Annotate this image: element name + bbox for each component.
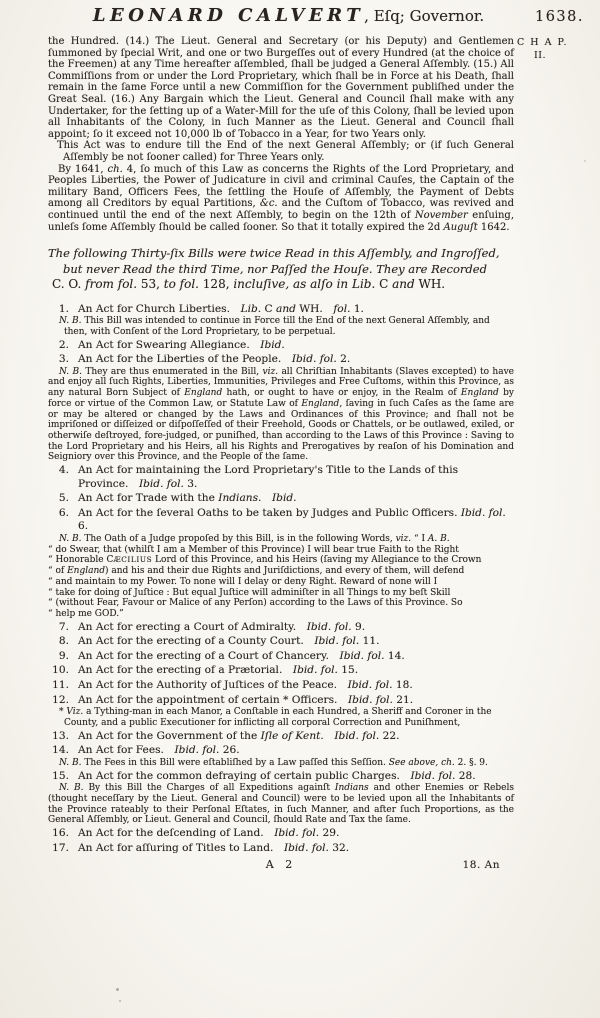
- text-line: “ and maintain to my Power. To none will…: [48, 577, 514, 588]
- text-run: By 1641,: [58, 164, 108, 175]
- item-text: An Act for the erecting of a County Cour…: [78, 635, 379, 647]
- text-run: The Fees in this Bill were eſtabliſhed b…: [82, 758, 389, 768]
- text-run: N. B.: [59, 534, 82, 544]
- text-run: Ibid. fol.: [307, 621, 352, 633]
- text-run: “ do Swear, that (whilſt I am a Member o…: [48, 545, 459, 555]
- text-run: 11.: [359, 635, 379, 647]
- text-run: They are thus enumerated in the Bill,: [82, 367, 263, 377]
- text-run: 1.: [350, 303, 363, 315]
- text-run: An Act for Swearing Allegiance.: [78, 339, 260, 351]
- text-run: 14.: [384, 650, 404, 662]
- text-run: Ibid.: [272, 492, 297, 504]
- bill-footnote-12: * Viz. a Tything-man in each Manor, a Co…: [48, 707, 514, 728]
- text-run: 1642.: [478, 222, 510, 233]
- text-run: viz.: [263, 367, 279, 377]
- item-number: 9.: [48, 650, 69, 664]
- text-run: N. B.: [59, 783, 84, 793]
- text-run: An Act for erecting a Court of Admiralty…: [78, 621, 307, 633]
- text-run: and: [392, 277, 415, 291]
- text-run: An Act for the common defraying of certa…: [78, 770, 410, 782]
- item-number: 4.: [48, 464, 69, 478]
- text-run: “ help me GOD.”: [48, 609, 124, 619]
- text-run: Ibid. fol.: [461, 507, 506, 519]
- text-run: An Act for the erecting of a Court of Ch…: [78, 650, 340, 662]
- text-run: 128,: [199, 277, 233, 291]
- item-text: An Act for Swearing Allegiance. Ibid.: [78, 339, 285, 351]
- text-run: An Act for the Authority of Juſtices of …: [78, 679, 348, 691]
- text-run: An Act for Fees.: [78, 744, 175, 756]
- bill-item-17: 17.An Act for aſſuring of Titles to Land…: [48, 842, 514, 856]
- text-run: “ of: [48, 566, 67, 576]
- text-run: An Act for Church Liberties.: [78, 303, 241, 315]
- bill-item-4: 4.An Act for maintaining the Lord Propri…: [48, 464, 514, 491]
- paper-speck: [119, 1000, 121, 1002]
- item-text: An Act for Church Liberties. Lib. C and …: [78, 303, 364, 315]
- item-number: 13.: [48, 730, 69, 744]
- text-run: Indians.: [218, 492, 261, 504]
- text-run: C: [375, 277, 392, 291]
- text-run: Ibid.: [260, 339, 285, 351]
- paper-speck: [584, 160, 586, 162]
- item-text: An Act for the appointment of certain * …: [78, 694, 413, 706]
- text-run: An Act for Trade with the: [78, 492, 218, 504]
- text-line: “ take for doing of Juſtice : But equal …: [48, 588, 514, 599]
- text-run: 2.: [337, 353, 350, 365]
- text-run: An Act for the Liberties of the People.: [78, 353, 292, 365]
- text-line: “ of England) and his and their due Righ…: [48, 566, 514, 577]
- item-text: An Act for maintaining the Lord Propriet…: [78, 464, 458, 490]
- item-text: An Act for the Authority of Juſtices of …: [78, 679, 413, 691]
- item-number: 7.: [48, 621, 69, 635]
- text-run: Ibid. fol.: [284, 842, 329, 854]
- text-run: Lib.: [241, 303, 262, 315]
- chapter-margin-note: C H A P. II.: [517, 37, 589, 62]
- item-number: 16.: [48, 827, 69, 841]
- bill-note-3: N. B. They are thus enumerated in the Bi…: [48, 367, 514, 463]
- text-run: C. O.: [52, 277, 85, 291]
- item-text: An Act for the erecting of a Court of Ch…: [78, 650, 405, 662]
- text-line: but never Read the third Time, nor Paſſe…: [48, 262, 514, 278]
- text-run: This Act was to endure till the End of t…: [57, 140, 514, 163]
- bill-note-6-oath: N. B. The Oath of a Judge propoſed by th…: [48, 534, 514, 620]
- item-text: An Act for the Liberties of the People. …: [78, 353, 350, 365]
- text-run: An Act for the erecting of a Prætorial.: [78, 664, 293, 676]
- bill-item-14: 14.An Act for Fees. Ibid. fol. 26.: [48, 744, 514, 758]
- signature-mark: A 2: [266, 858, 296, 871]
- text-run: [324, 730, 335, 742]
- text-run: November: [415, 210, 468, 221]
- text-run: 32.: [329, 842, 349, 854]
- text-run: WH.: [415, 277, 445, 291]
- text-run: An Act for the erecting of a County Cour…: [78, 635, 314, 647]
- bill-item-5: 5.An Act for Trade with the Indians. Ibi…: [48, 492, 514, 506]
- text-run: incluſive, as alſo in: [233, 277, 352, 291]
- bill-item-7: 7.An Act for erecting a Court of Admiral…: [48, 621, 514, 635]
- text-run: Ibid. fol.: [334, 730, 379, 742]
- item-text: An Act for the ſeveral Oaths to be taken…: [78, 507, 506, 533]
- item-text: An Act for the erecting of a Prætorial. …: [78, 664, 358, 676]
- document-page: LEONARD CALVERT, Eſq; Governor. 1638. C …: [0, 0, 600, 1018]
- text-line: N. B. The Oath of a Judge propoſed by th…: [48, 534, 514, 545]
- continued-paragraph: the Hundred. (14.) The Lieut. General an…: [48, 36, 514, 140]
- bill-item-1: 1.An Act for Church Liberties. Lib. C an…: [48, 303, 514, 317]
- text-run: England: [184, 388, 222, 398]
- text-run: to fol.: [164, 277, 199, 291]
- item-number: 15.: [48, 770, 69, 784]
- item-number: 1.: [48, 303, 69, 317]
- text-run: Ibid. fol.: [175, 744, 220, 756]
- text-run: The following Thirty-ſix Bills were twic…: [48, 246, 500, 260]
- text-run: Ibid. fol.: [139, 478, 184, 490]
- text-run: An Act for the deſcending of Land.: [78, 827, 274, 839]
- text-run: Auguſt: [443, 222, 477, 233]
- text-run: Lord of this Province, and his Heirs (ſa…: [152, 555, 481, 565]
- governor-name: LEONARD CALVERT: [93, 5, 364, 26]
- text-run: the Hundred. (14.) The Lieut. General an…: [48, 36, 514, 140]
- text-run: from fol.: [85, 277, 137, 291]
- text-run: N. B.: [59, 758, 82, 768]
- item-number: 11.: [48, 679, 69, 693]
- page-content: the Hundred. (14.) The Lieut. General an…: [48, 36, 514, 855]
- page-year: 1638.: [533, 9, 584, 25]
- item-text: An Act for aſſuring of Titles to Land. I…: [78, 842, 349, 854]
- text-run: Ibid. fol.: [314, 635, 359, 647]
- text-run: An Act for the Government of the: [78, 730, 261, 742]
- catchword: 18. An: [463, 859, 500, 871]
- text-run: 21.: [393, 694, 413, 706]
- item-number: 5.: [48, 492, 69, 506]
- text-run: Ibid. fol.: [293, 664, 338, 676]
- bill-item-9: 9.An Act for the erecting of a Court of …: [48, 650, 514, 664]
- text-run: a Tything-man in each Manor, a Conſtable…: [64, 707, 492, 728]
- text-line: “ (without Fear, Favour or Malice of any…: [48, 598, 514, 609]
- text-line: The following Thirty-ſix Bills were twic…: [48, 246, 514, 262]
- text-run: Viz.: [66, 707, 83, 717]
- bill-note-15: N. B. By this Bill the Charges of all Ex…: [48, 783, 514, 826]
- text-line: “ Honorable CÆCILIUS Lord of this Provin…: [48, 555, 514, 566]
- chapter-number: II.: [517, 50, 589, 63]
- text-run: Lib.: [352, 277, 375, 291]
- item-number: 6.: [48, 507, 69, 521]
- item-text: An Act for the deſcending of Land. Ibid.…: [78, 827, 339, 839]
- bill-item-6: 6.An Act for the ſeveral Oaths to be tak…: [48, 507, 514, 534]
- thirty-six-bills-heading: The following Thirty-ſix Bills were twic…: [48, 246, 514, 293]
- text-run: N. B.: [59, 367, 82, 377]
- text-run: 2. §. 9.: [455, 758, 488, 768]
- text-run: ÆCILIUS: [113, 555, 152, 564]
- bill-item-12: 12.An Act for the appointment of certain…: [48, 694, 514, 708]
- text-line: C. O. from fol. 53, to fol. 128, incluſi…: [48, 277, 514, 293]
- text-run: viz.: [396, 534, 412, 544]
- paper-speck: [116, 988, 119, 991]
- text-run: Ibid. fol.: [274, 827, 319, 839]
- text-run: An Act for maintaining the Lord Propriet…: [78, 464, 458, 490]
- text-run: Ibid. fol.: [292, 353, 337, 365]
- bill-item-8: 8.An Act for the erecting of a County Co…: [48, 635, 514, 649]
- text-run: Ibid. fol.: [340, 650, 385, 662]
- text-run: England: [301, 399, 339, 409]
- bill-item-10: 10.An Act for the erecting of a Prætoria…: [48, 664, 514, 678]
- text-run: “ and maintain to my Power. To none will…: [48, 577, 437, 587]
- item-number: 8.: [48, 635, 69, 649]
- repeal-paragraph: By 1641, ch. 4, ſo much of this Law as c…: [48, 164, 514, 234]
- bill-item-15: 15.An Act for the common defraying of ce…: [48, 770, 514, 784]
- text-run: [261, 492, 272, 504]
- item-text: An Act for erecting a Court of Admiralty…: [78, 621, 365, 633]
- text-run: Ibid. fol.: [348, 679, 393, 691]
- text-run: WH.: [296, 303, 333, 315]
- bill-item-11: 11.An Act for the Authority of Juſtices …: [48, 679, 514, 693]
- text-run: 15.: [338, 664, 358, 676]
- text-run: An Act for aſſuring of Titles to Land.: [78, 842, 284, 854]
- act-duration-paragraph: This Act was to endure till the End of t…: [48, 140, 514, 163]
- item-number: 2.: [48, 339, 69, 353]
- text-run: Iſle of Kent.: [261, 730, 324, 742]
- text-run: 26.: [219, 744, 239, 756]
- text-run: See above, ch.: [389, 758, 455, 768]
- text-run: By this Bill the Charges of all Expediti…: [84, 783, 335, 793]
- item-number: 10.: [48, 664, 69, 678]
- text-run: An Act for the ſeveral Oaths to be taken…: [78, 507, 461, 519]
- text-run: ch.: [108, 164, 123, 175]
- item-number: 14.: [48, 744, 69, 758]
- text-run: 53,: [137, 277, 164, 291]
- text-run: fol.: [333, 303, 350, 315]
- text-run: 18.: [393, 679, 413, 691]
- text-run: Ibid. fol.: [348, 694, 393, 706]
- item-text: An Act for the common defraying of certa…: [78, 770, 476, 782]
- item-number: 3.: [48, 353, 69, 367]
- text-run: 9.: [352, 621, 365, 633]
- bill-item-13: 13.An Act for the Government of the Iſle…: [48, 730, 514, 744]
- text-run: An Act for the appointment of certain * …: [78, 694, 348, 706]
- bill-note-1: N. B. This Bill was intended to continue…: [48, 316, 514, 337]
- page-header: LEONARD CALVERT, Eſq; Governor. 1638.: [44, 5, 584, 26]
- bill-note-14: N. B. The Fees in this Bill were eſtabli…: [48, 758, 514, 769]
- text-run: This Bill was intended to continue in Fo…: [64, 316, 490, 337]
- text-line: “ do Swear, that (whilſt I am a Member o…: [48, 545, 514, 556]
- governor-suffix: , Eſq; Governor.: [364, 7, 484, 25]
- item-text: An Act for Trade with the Indians. Ibid.: [78, 492, 297, 504]
- text-run: “ Honorable C: [48, 555, 113, 565]
- text-run: and: [276, 303, 296, 315]
- text-run: 29.: [319, 827, 339, 839]
- text-run: Indians: [335, 783, 369, 793]
- item-number: 12.: [48, 694, 69, 708]
- item-number: 17.: [48, 842, 69, 856]
- bill-item-2: 2.An Act for Swearing Allegiance. Ibid.: [48, 339, 514, 353]
- text-run: N. B.: [59, 316, 82, 326]
- running-title: LEONARD CALVERT, Eſq; Governor.: [44, 5, 533, 26]
- text-run: The Oath of a Judge propoſed by this Bil…: [82, 534, 396, 544]
- text-run: Ibid. fol.: [410, 770, 455, 782]
- item-text: An Act for Fees. Ibid. fol. 26.: [78, 744, 240, 756]
- text-run: 28.: [455, 770, 475, 782]
- text-run: A. B.: [428, 534, 450, 544]
- item-text: An Act for the Government of the Iſle of…: [78, 730, 400, 742]
- text-run: 22.: [379, 730, 399, 742]
- text-run: “ I: [411, 534, 428, 544]
- text-run: 6.: [78, 520, 88, 532]
- page-footer: A 2 18. An: [48, 858, 514, 871]
- text-run: &c.: [260, 198, 278, 209]
- chapter-label: C H A P.: [517, 37, 589, 50]
- text-column: the Hundred. (14.) The Lieut. General an…: [48, 36, 514, 871]
- text-run: England: [67, 566, 105, 576]
- text-run: “ (without Fear, Favour or Malice of any…: [48, 598, 463, 608]
- bill-item-16: 16.An Act for the deſcending of Land. Ib…: [48, 827, 514, 841]
- text-run: ) and his and their due Rights and Juriſ…: [105, 566, 464, 576]
- text-run: “ take for doing of Juſtice : But equal …: [48, 588, 450, 598]
- text-run: England: [461, 388, 499, 398]
- text-line: “ help me GOD.”: [48, 609, 514, 620]
- text-run: 3.: [184, 478, 197, 490]
- text-run: hath, or ought to have or enjoy, in the …: [222, 388, 461, 398]
- bill-item-3: 3.An Act for the Liberties of the People…: [48, 353, 514, 367]
- text-run: but never Read the third Time, nor Paſſe…: [63, 262, 487, 276]
- text-run: C: [261, 303, 276, 315]
